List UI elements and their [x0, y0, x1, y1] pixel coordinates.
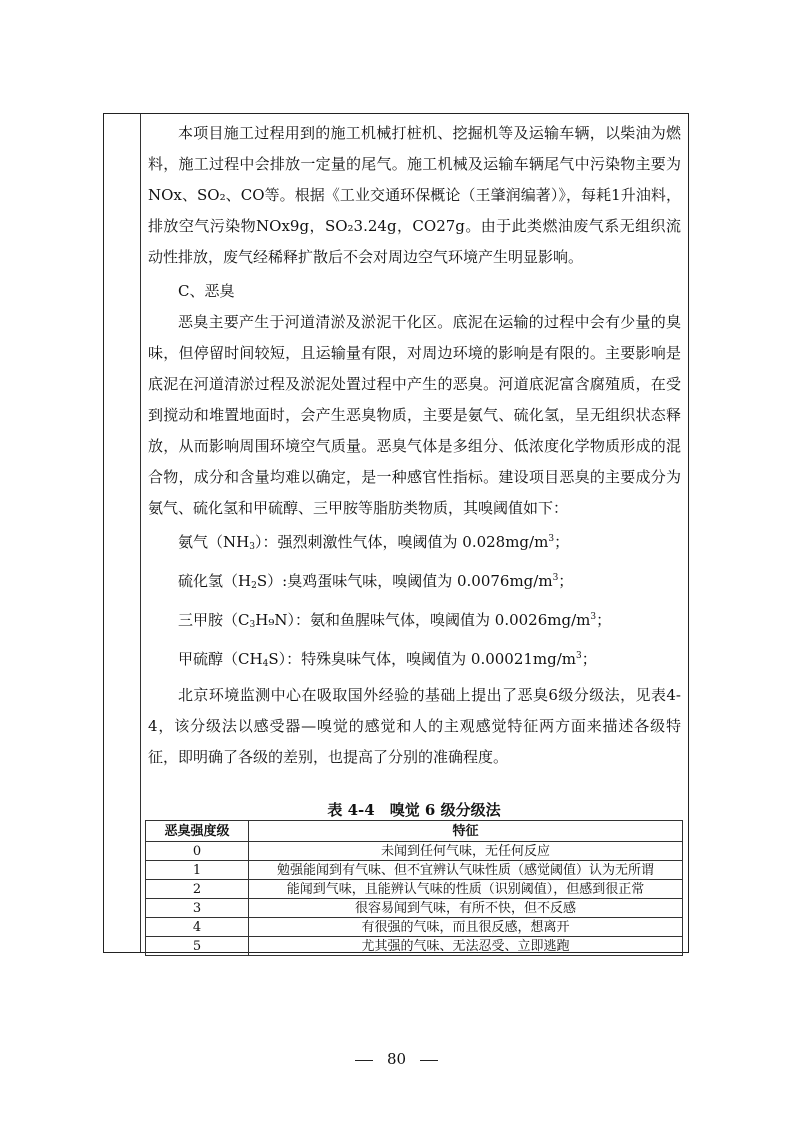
- cell-level: 5: [146, 937, 249, 956]
- frame-column-divider: [140, 114, 141, 952]
- cell-level: 2: [146, 880, 249, 899]
- cell-characteristic: 能闻到气味，且能辨认气味的性质（识别阈值），但感到很正常: [249, 880, 683, 899]
- page-footer: 80: [0, 1050, 793, 1068]
- cell-characteristic: 勉强能闻到有气味、但不宜辨认气味性质（感觉阈值）认为无所谓: [249, 861, 683, 880]
- table-row: 4有很强的气味，而且很反感，想离开: [146, 918, 683, 937]
- threshold-item: 甲硫醇（CH4S）：特殊臭味气体，嗅阈值为 0.00021mg/m3；: [148, 641, 681, 680]
- dash-right: [420, 1060, 438, 1061]
- cell-characteristic: 很容易闻到气味，有所不快，但不反感: [249, 899, 683, 918]
- dash-left: [355, 1060, 373, 1061]
- paragraph-grading-method: 北京环境监测中心在吸取国外经验的基础上提出了恶臭6级分级法，见表4-4，该分级法…: [148, 680, 681, 773]
- page-number: 80: [387, 1050, 406, 1068]
- threshold-list: 氨气（NH3）：强烈刺激性气体，嗅阈值为 0.028mg/m3； 硫化氢（H2S…: [148, 524, 681, 680]
- cell-level: 4: [146, 918, 249, 937]
- cell-level: 3: [146, 899, 249, 918]
- threshold-item: 硫化氢（H2S）:臭鸡蛋味气味，嗅阈值为 0.0076mg/m3；: [148, 563, 681, 602]
- cell-level: 1: [146, 861, 249, 880]
- table-row: 0未闻到任何气味，无任何反应: [146, 842, 683, 861]
- threshold-item: 氨气（NH3）：强烈刺激性气体，嗅阈值为 0.028mg/m3；: [148, 524, 681, 563]
- header-intensity-level: 恶臭强度级: [146, 821, 249, 842]
- document-body: 本项目施工过程用到的施工机械打桩机、挖掘机等及运输车辆，以柴油为燃料，施工过程中…: [148, 118, 681, 773]
- section-heading-odor: C、恶臭: [148, 276, 681, 307]
- paragraph-odor: 恶臭主要产生于河道清淤及淤泥干化区。底泥在运输的过程中会有少量的臭味，但停留时间…: [148, 307, 681, 524]
- cell-characteristic: 尤其强的气味、无法忍受、立即逃跑: [249, 937, 683, 956]
- cell-characteristic: 未闻到任何气味，无任何反应: [249, 842, 683, 861]
- table-row: 2能闻到气味，且能辨认气味的性质（识别阈值），但感到很正常: [146, 880, 683, 899]
- table-row: 3很容易闻到气味，有所不快，但不反感: [146, 899, 683, 918]
- odor-grade-table: 恶臭强度级 特征 0未闻到任何气味，无任何反应 1勉强能闻到有气味、但不宜辨认气…: [145, 820, 683, 956]
- threshold-item: 三甲胺（C3H₉N）：氨和鱼腥味气体，嗅阈值为 0.0026mg/m3；: [148, 602, 681, 641]
- table-row: 5尤其强的气味、无法忍受、立即逃跑: [146, 937, 683, 956]
- cell-characteristic: 有很强的气味，而且很反感，想离开: [249, 918, 683, 937]
- cell-level: 0: [146, 842, 249, 861]
- header-characteristic: 特征: [249, 821, 683, 842]
- table-header-row: 恶臭强度级 特征: [146, 821, 683, 842]
- table-row: 1勉强能闻到有气味、但不宜辨认气味性质（感觉阈值）认为无所谓: [146, 861, 683, 880]
- table-caption: 表 4-4 嗅觉 6 级分级法: [145, 799, 683, 820]
- paragraph-exhaust: 本项目施工过程用到的施工机械打桩机、挖掘机等及运输车辆，以柴油为燃料，施工过程中…: [148, 118, 681, 273]
